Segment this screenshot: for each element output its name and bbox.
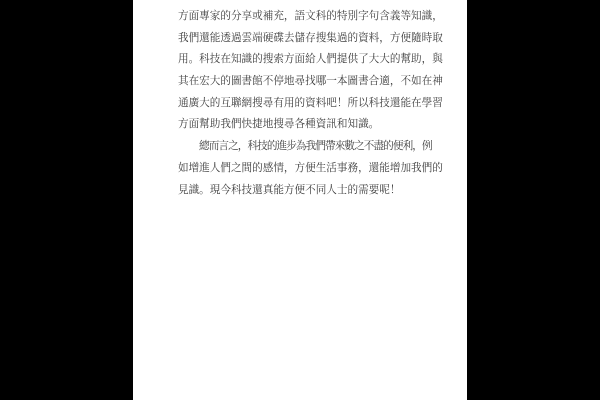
letterbox-left: [0, 0, 133, 400]
text-line: 其在宏大的圖書館不停地尋找哪一本圖書合適，不如在神: [178, 71, 432, 93]
text-block: 方面專家的分享或補充，語文科的特別字句含義等知識， 我們還能透過雲端硬碟去儲存搜…: [178, 6, 432, 201]
paragraph-2: 總而言之，科技的進步為我們帶來數之不盡的便利，例 如增進人們之間的感情，方便生活…: [178, 136, 432, 201]
text-line: 通廣大的互聯網搜尋有用的資料吧！所以科技還能在學習: [178, 93, 432, 115]
text-line: 我們還能透過雲端硬碟去儲存搜集過的資料，方便隨時取: [178, 28, 432, 50]
text-line: 用。科技在知識的搜索方面給人們提供了大大的幫助，與: [178, 49, 432, 71]
paragraph-1: 方面專家的分享或補充，語文科的特別字句含義等知識， 我們還能透過雲端硬碟去儲存搜…: [178, 6, 432, 136]
text-line: 方面幫助我們快捷地搜尋各種資訊和知識。: [178, 114, 432, 136]
text-line: 總而言之，科技的進步為我們帶來數之不盡的便利，例: [178, 136, 432, 158]
letterbox-right: [467, 0, 600, 400]
document-page: 方面專家的分享或補充，語文科的特別字句含義等知識， 我們還能透過雲端硬碟去儲存搜…: [133, 0, 467, 400]
text-line: 見識。現今科技還真能方便不同人士的需要呢！: [178, 180, 432, 202]
text-line: 方面專家的分享或補充，語文科的特別字句含義等知識，: [178, 6, 432, 28]
text-line: 如增進人們之間的感情，方便生活事務，還能增加我們的: [178, 158, 432, 180]
